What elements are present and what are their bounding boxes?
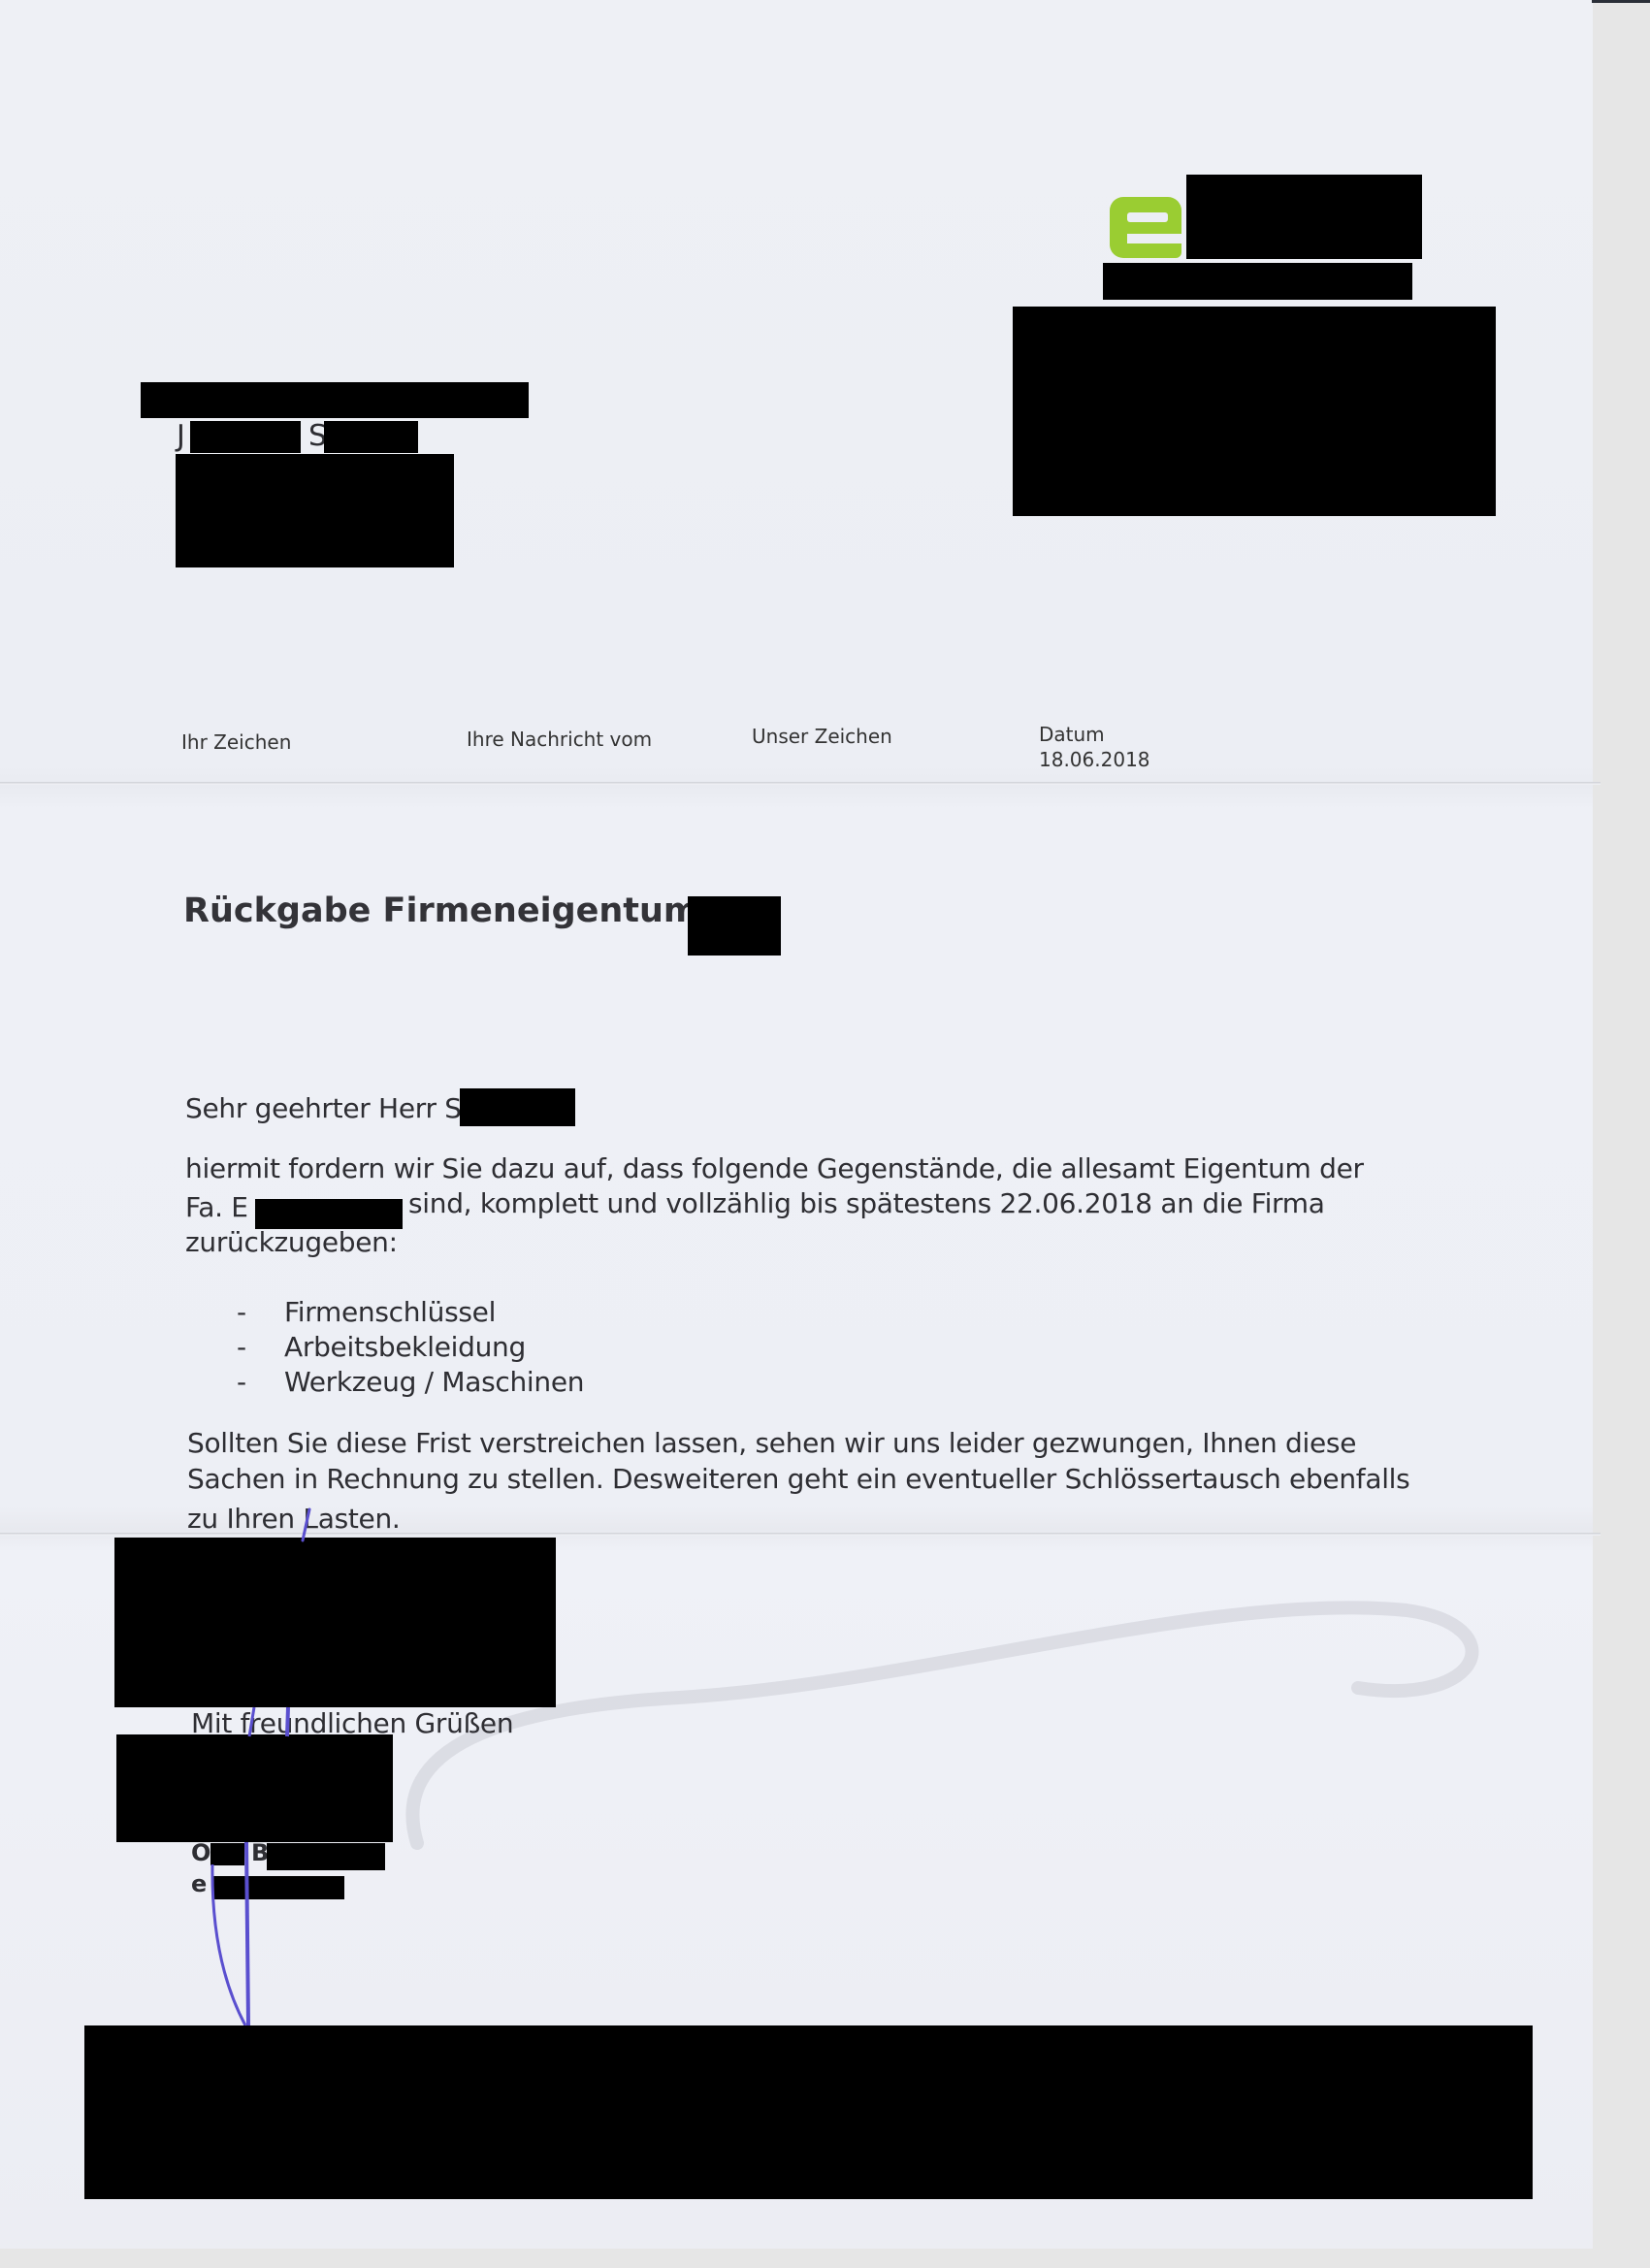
redacted-recipient-last-name [324, 421, 418, 453]
redacted-signatory-last-name [267, 1843, 385, 1870]
redacted-company-address [1013, 307, 1496, 516]
list-item-arbeitsbekleidung: Arbeitsbekleidung [284, 1331, 526, 1363]
subject-title: Rückgabe Firmeneigentum e [183, 891, 733, 930]
redacted-company-subtitle [1103, 263, 1412, 300]
label-ihr-zeichen: Ihr Zeichen [181, 730, 291, 754]
list-bullet: - [237, 1366, 246, 1398]
fold-line-upper [0, 782, 1601, 785]
paragraph1-line2-prefix: Fa. E [185, 1191, 248, 1223]
paragraph1-line1: hiermit fordern wir Sie dazu auf, dass f… [185, 1152, 1364, 1184]
scanner-edge [1592, 0, 1650, 3]
redacted-handwritten-signature [116, 1734, 393, 1842]
redacted-salutation-name [460, 1088, 575, 1126]
salutation: Sehr geehrter Herr S [185, 1092, 462, 1124]
recipient-first-initial: J [177, 419, 185, 453]
redacted-company-name [1186, 175, 1422, 259]
redacted-signatory-company [213, 1876, 344, 1899]
list-item-firmenschluessel: Firmenschlüssel [284, 1296, 496, 1328]
redacted-footer [84, 2025, 1533, 2199]
list-item-werkzeug-maschinen: Werkzeug / Maschinen [284, 1366, 584, 1398]
list-bullet: - [237, 1296, 246, 1328]
signatory-first-initial: O [191, 1839, 210, 1866]
paragraph1-line3: zurückzugeben: [185, 1226, 398, 1258]
paragraph2-line1: Sollten Sie diese Frist verstreichen las… [187, 1427, 1356, 1459]
label-ihre-nachricht-vom: Ihre Nachricht vom [467, 728, 652, 751]
paragraph2-line3: zu Ihren Lasten. [187, 1503, 401, 1535]
date-value: 18.06.2018 [1039, 748, 1150, 771]
paragraph1-line2-suffix: sind, komplett und vollzählig bis spätes… [408, 1187, 1325, 1219]
signatory-company-initial: e [191, 1870, 207, 1897]
redacted-sender-line [141, 382, 529, 418]
label-unser-zeichen: Unser Zeichen [752, 725, 892, 748]
redacted-company-name-inline [255, 1199, 403, 1229]
redacted-signatory-first-name [210, 1843, 244, 1865]
paragraph2-line2: Sachen in Rechnung zu stellen. Desweiter… [187, 1463, 1409, 1495]
redacted-recipient-first-name [190, 421, 301, 453]
company-logo-e [1110, 197, 1181, 258]
redacted-recipient-address [176, 454, 454, 567]
redacted-signature-block [114, 1538, 556, 1707]
label-datum: Datum [1039, 723, 1105, 746]
redacted-subject-company [688, 896, 781, 956]
list-bullet: - [237, 1331, 246, 1363]
